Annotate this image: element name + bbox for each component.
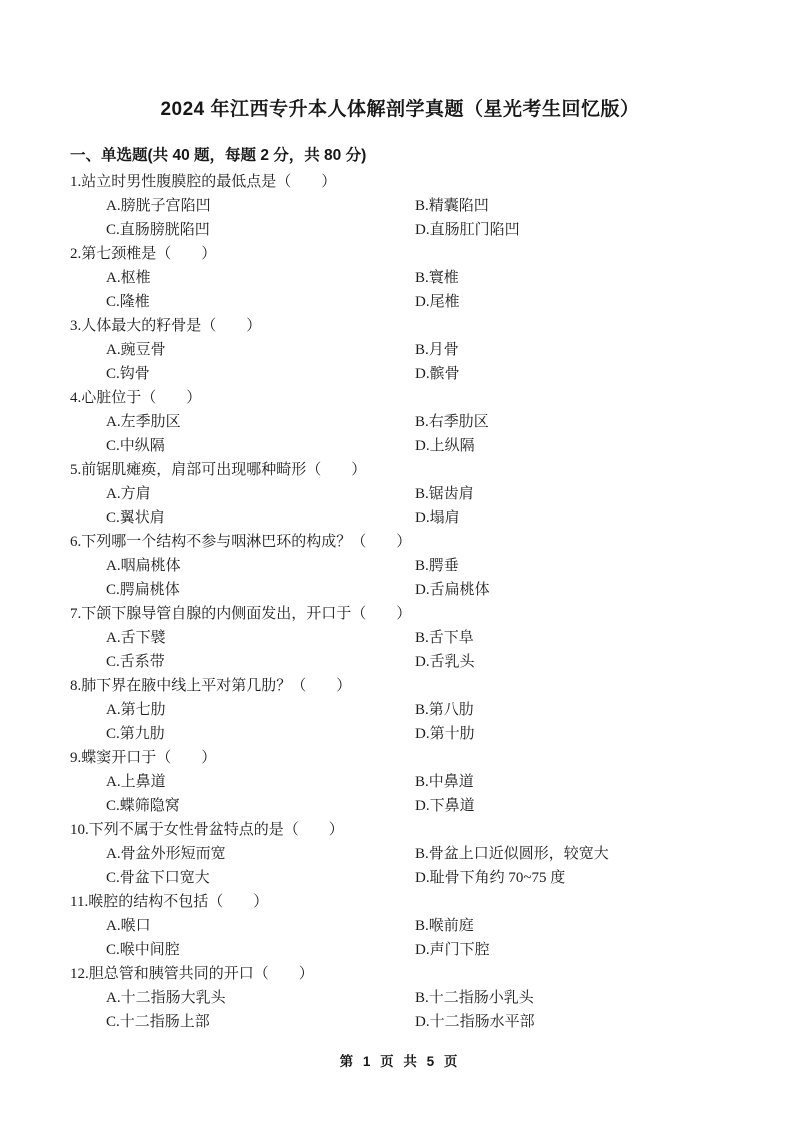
section-header: 一、单选题(共 40 题，每题 2 分，共 80 分) bbox=[70, 144, 730, 168]
question-text: 2.第七颈椎是（ ） bbox=[70, 242, 730, 266]
option-row-1: A.咽扁桃体 B.腭垂 bbox=[70, 554, 730, 578]
option-a: A.上鼻道 bbox=[106, 770, 415, 794]
question-text: 12.胆总管和胰管共同的开口（ ） bbox=[70, 962, 730, 986]
option-d: D.直肠肛门陷凹 bbox=[415, 218, 520, 242]
option-d: D.下鼻道 bbox=[415, 794, 475, 818]
option-c: C.喉中间腔 bbox=[106, 938, 415, 962]
option-c: C.第九肋 bbox=[106, 722, 415, 746]
option-d: D.舌乳头 bbox=[415, 650, 475, 674]
option-row-1: A.骨盆外形短而宽 B.骨盆上口近似圆形，较宽大 bbox=[70, 842, 730, 866]
question-text: 4.心脏位于（ ） bbox=[70, 386, 730, 410]
question-item: 4.心脏位于（ ） A.左季肋区 B.右季肋区 C.中纵隔 D.上纵隔 bbox=[70, 386, 730, 458]
option-d: D.上纵隔 bbox=[415, 434, 475, 458]
option-c: C.隆椎 bbox=[106, 290, 415, 314]
question-text: 1.站立时男性腹膜腔的最低点是（ ） bbox=[70, 170, 730, 194]
option-row-1: A.左季肋区 B.右季肋区 bbox=[70, 410, 730, 434]
option-row-2: C.骨盆下口宽大 D.耻骨下角约 70~75 度 bbox=[70, 866, 730, 890]
option-row-2: C.腭扁桃体 D.舌扁桃体 bbox=[70, 578, 730, 602]
option-row-2: C.中纵隔 D.上纵隔 bbox=[70, 434, 730, 458]
option-c: C.蝶筛隐窝 bbox=[106, 794, 415, 818]
option-row-1: A.喉口 B.喉前庭 bbox=[70, 914, 730, 938]
question-text: 9.蝶窦开口于（ ） bbox=[70, 746, 730, 770]
option-row-2: C.第九肋 D.第十肋 bbox=[70, 722, 730, 746]
option-c: C.骨盆下口宽大 bbox=[106, 866, 415, 890]
option-row-1: A.豌豆骨 B.月骨 bbox=[70, 338, 730, 362]
option-b: B.中鼻道 bbox=[415, 770, 474, 794]
option-b: B.右季肋区 bbox=[415, 410, 489, 434]
option-row-2: C.喉中间腔 D.声门下腔 bbox=[70, 938, 730, 962]
question-item: 2.第七颈椎是（ ） A.枢椎 B.寰椎 C.隆椎 D.尾椎 bbox=[70, 242, 730, 314]
question-item: 6.下列哪一个结构不参与咽淋巴环的构成？（ ） A.咽扁桃体 B.腭垂 C.腭扁… bbox=[70, 530, 730, 602]
option-d: D.声门下腔 bbox=[415, 938, 490, 962]
option-row-2: C.蝶筛隐窝 D.下鼻道 bbox=[70, 794, 730, 818]
option-a: A.方肩 bbox=[106, 482, 415, 506]
option-a: A.左季肋区 bbox=[106, 410, 415, 434]
question-item: 12.胆总管和胰管共同的开口（ ） A.十二指肠大乳头 B.十二指肠小乳头 C.… bbox=[70, 962, 730, 1034]
option-b: B.寰椎 bbox=[415, 266, 459, 290]
question-item: 9.蝶窦开口于（ ） A.上鼻道 B.中鼻道 C.蝶筛隐窝 D.下鼻道 bbox=[70, 746, 730, 818]
option-d: D.髌骨 bbox=[415, 362, 460, 386]
option-b: B.月骨 bbox=[415, 338, 459, 362]
option-row-1: A.第七肋 B.第八肋 bbox=[70, 698, 730, 722]
option-b: B.腭垂 bbox=[415, 554, 459, 578]
option-a: A.舌下襞 bbox=[106, 626, 415, 650]
document-page: 2024 年江西专升本人体解剖学真题（星光考生回忆版） 一、单选题(共 40 题… bbox=[0, 0, 800, 1132]
question-text: 5.前锯肌瘫痪，肩部可出现哪种畸形（ ） bbox=[70, 458, 730, 482]
question-item: 1.站立时男性腹膜腔的最低点是（ ） A.膀胱子宫陷凹 B.精囊陷凹 C.直肠膀… bbox=[70, 170, 730, 242]
question-text: 3.人体最大的籽骨是（ ） bbox=[70, 314, 730, 338]
question-text: 8.肺下界在腋中线上平对第几肋？（ ） bbox=[70, 674, 730, 698]
option-b: B.精囊陷凹 bbox=[415, 194, 489, 218]
question-item: 7.下颌下腺导管自腺的内侧面发出，开口于（ ） A.舌下襞 B.舌下阜 C.舌系… bbox=[70, 602, 730, 674]
option-row-1: A.方肩 B.锯齿肩 bbox=[70, 482, 730, 506]
option-c: C.腭扁桃体 bbox=[106, 578, 415, 602]
page-title: 2024 年江西专升本人体解剖学真题（星光考生回忆版） bbox=[0, 96, 800, 124]
option-row-2: C.直肠膀胱陷凹 D.直肠肛门陷凹 bbox=[70, 218, 730, 242]
option-a: A.枢椎 bbox=[106, 266, 415, 290]
question-text: 6.下列哪一个结构不参与咽淋巴环的构成？（ ） bbox=[70, 530, 730, 554]
question-item: 11.喉腔的结构不包括（ ） A.喉口 B.喉前庭 C.喉中间腔 D.声门下腔 bbox=[70, 890, 730, 962]
option-b: B.第八肋 bbox=[415, 698, 474, 722]
option-d: D.耻骨下角约 70~75 度 bbox=[415, 866, 565, 890]
option-row-2: C.舌系带 D.舌乳头 bbox=[70, 650, 730, 674]
question-text: 11.喉腔的结构不包括（ ） bbox=[70, 890, 730, 914]
option-d: D.舌扁桃体 bbox=[415, 578, 490, 602]
option-c: C.舌系带 bbox=[106, 650, 415, 674]
option-d: D.尾椎 bbox=[415, 290, 460, 314]
question-item: 10.下列不属于女性骨盆特点的是（ ） A.骨盆外形短而宽 B.骨盆上口近似圆形… bbox=[70, 818, 730, 890]
option-b: B.骨盆上口近似圆形，较宽大 bbox=[415, 842, 609, 866]
option-c: C.十二指肠上部 bbox=[106, 1010, 415, 1034]
option-a: A.十二指肠大乳头 bbox=[106, 986, 415, 1010]
option-b: B.锯齿肩 bbox=[415, 482, 474, 506]
option-a: A.膀胱子宫陷凹 bbox=[106, 194, 415, 218]
option-d: D.第十肋 bbox=[415, 722, 475, 746]
option-c: C.钩骨 bbox=[106, 362, 415, 386]
option-row-2: C.隆椎 D.尾椎 bbox=[70, 290, 730, 314]
option-row-1: A.上鼻道 B.中鼻道 bbox=[70, 770, 730, 794]
option-row-2: C.十二指肠上部 D.十二指肠水平部 bbox=[70, 1010, 730, 1034]
option-a: A.骨盆外形短而宽 bbox=[106, 842, 415, 866]
page-footer: 第 1 页 共 5 页 bbox=[0, 1052, 800, 1072]
option-c: C.直肠膀胱陷凹 bbox=[106, 218, 415, 242]
option-a: A.第七肋 bbox=[106, 698, 415, 722]
option-row-2: C.钩骨 D.髌骨 bbox=[70, 362, 730, 386]
option-b: B.喉前庭 bbox=[415, 914, 474, 938]
question-item: 8.肺下界在腋中线上平对第几肋？（ ） A.第七肋 B.第八肋 C.第九肋 D.… bbox=[70, 674, 730, 746]
option-d: D.十二指肠水平部 bbox=[415, 1010, 535, 1034]
option-a: A.咽扁桃体 bbox=[106, 554, 415, 578]
question-text: 10.下列不属于女性骨盆特点的是（ ） bbox=[70, 818, 730, 842]
option-row-1: A.枢椎 B.寰椎 bbox=[70, 266, 730, 290]
option-d: D.塌肩 bbox=[415, 506, 460, 530]
question-item: 5.前锯肌瘫痪，肩部可出现哪种畸形（ ） A.方肩 B.锯齿肩 C.翼状肩 D.… bbox=[70, 458, 730, 530]
option-row-1: A.舌下襞 B.舌下阜 bbox=[70, 626, 730, 650]
option-row-1: A.膀胱子宫陷凹 B.精囊陷凹 bbox=[70, 194, 730, 218]
option-c: C.翼状肩 bbox=[106, 506, 415, 530]
question-text: 7.下颌下腺导管自腺的内侧面发出，开口于（ ） bbox=[70, 602, 730, 626]
question-list: 1.站立时男性腹膜腔的最低点是（ ） A.膀胱子宫陷凹 B.精囊陷凹 C.直肠膀… bbox=[70, 170, 730, 1034]
option-a: A.豌豆骨 bbox=[106, 338, 415, 362]
option-b: B.十二指肠小乳头 bbox=[415, 986, 534, 1010]
option-row-1: A.十二指肠大乳头 B.十二指肠小乳头 bbox=[70, 986, 730, 1010]
option-b: B.舌下阜 bbox=[415, 626, 474, 650]
question-item: 3.人体最大的籽骨是（ ） A.豌豆骨 B.月骨 C.钩骨 D.髌骨 bbox=[70, 314, 730, 386]
option-row-2: C.翼状肩 D.塌肩 bbox=[70, 506, 730, 530]
option-a: A.喉口 bbox=[106, 914, 415, 938]
option-c: C.中纵隔 bbox=[106, 434, 415, 458]
